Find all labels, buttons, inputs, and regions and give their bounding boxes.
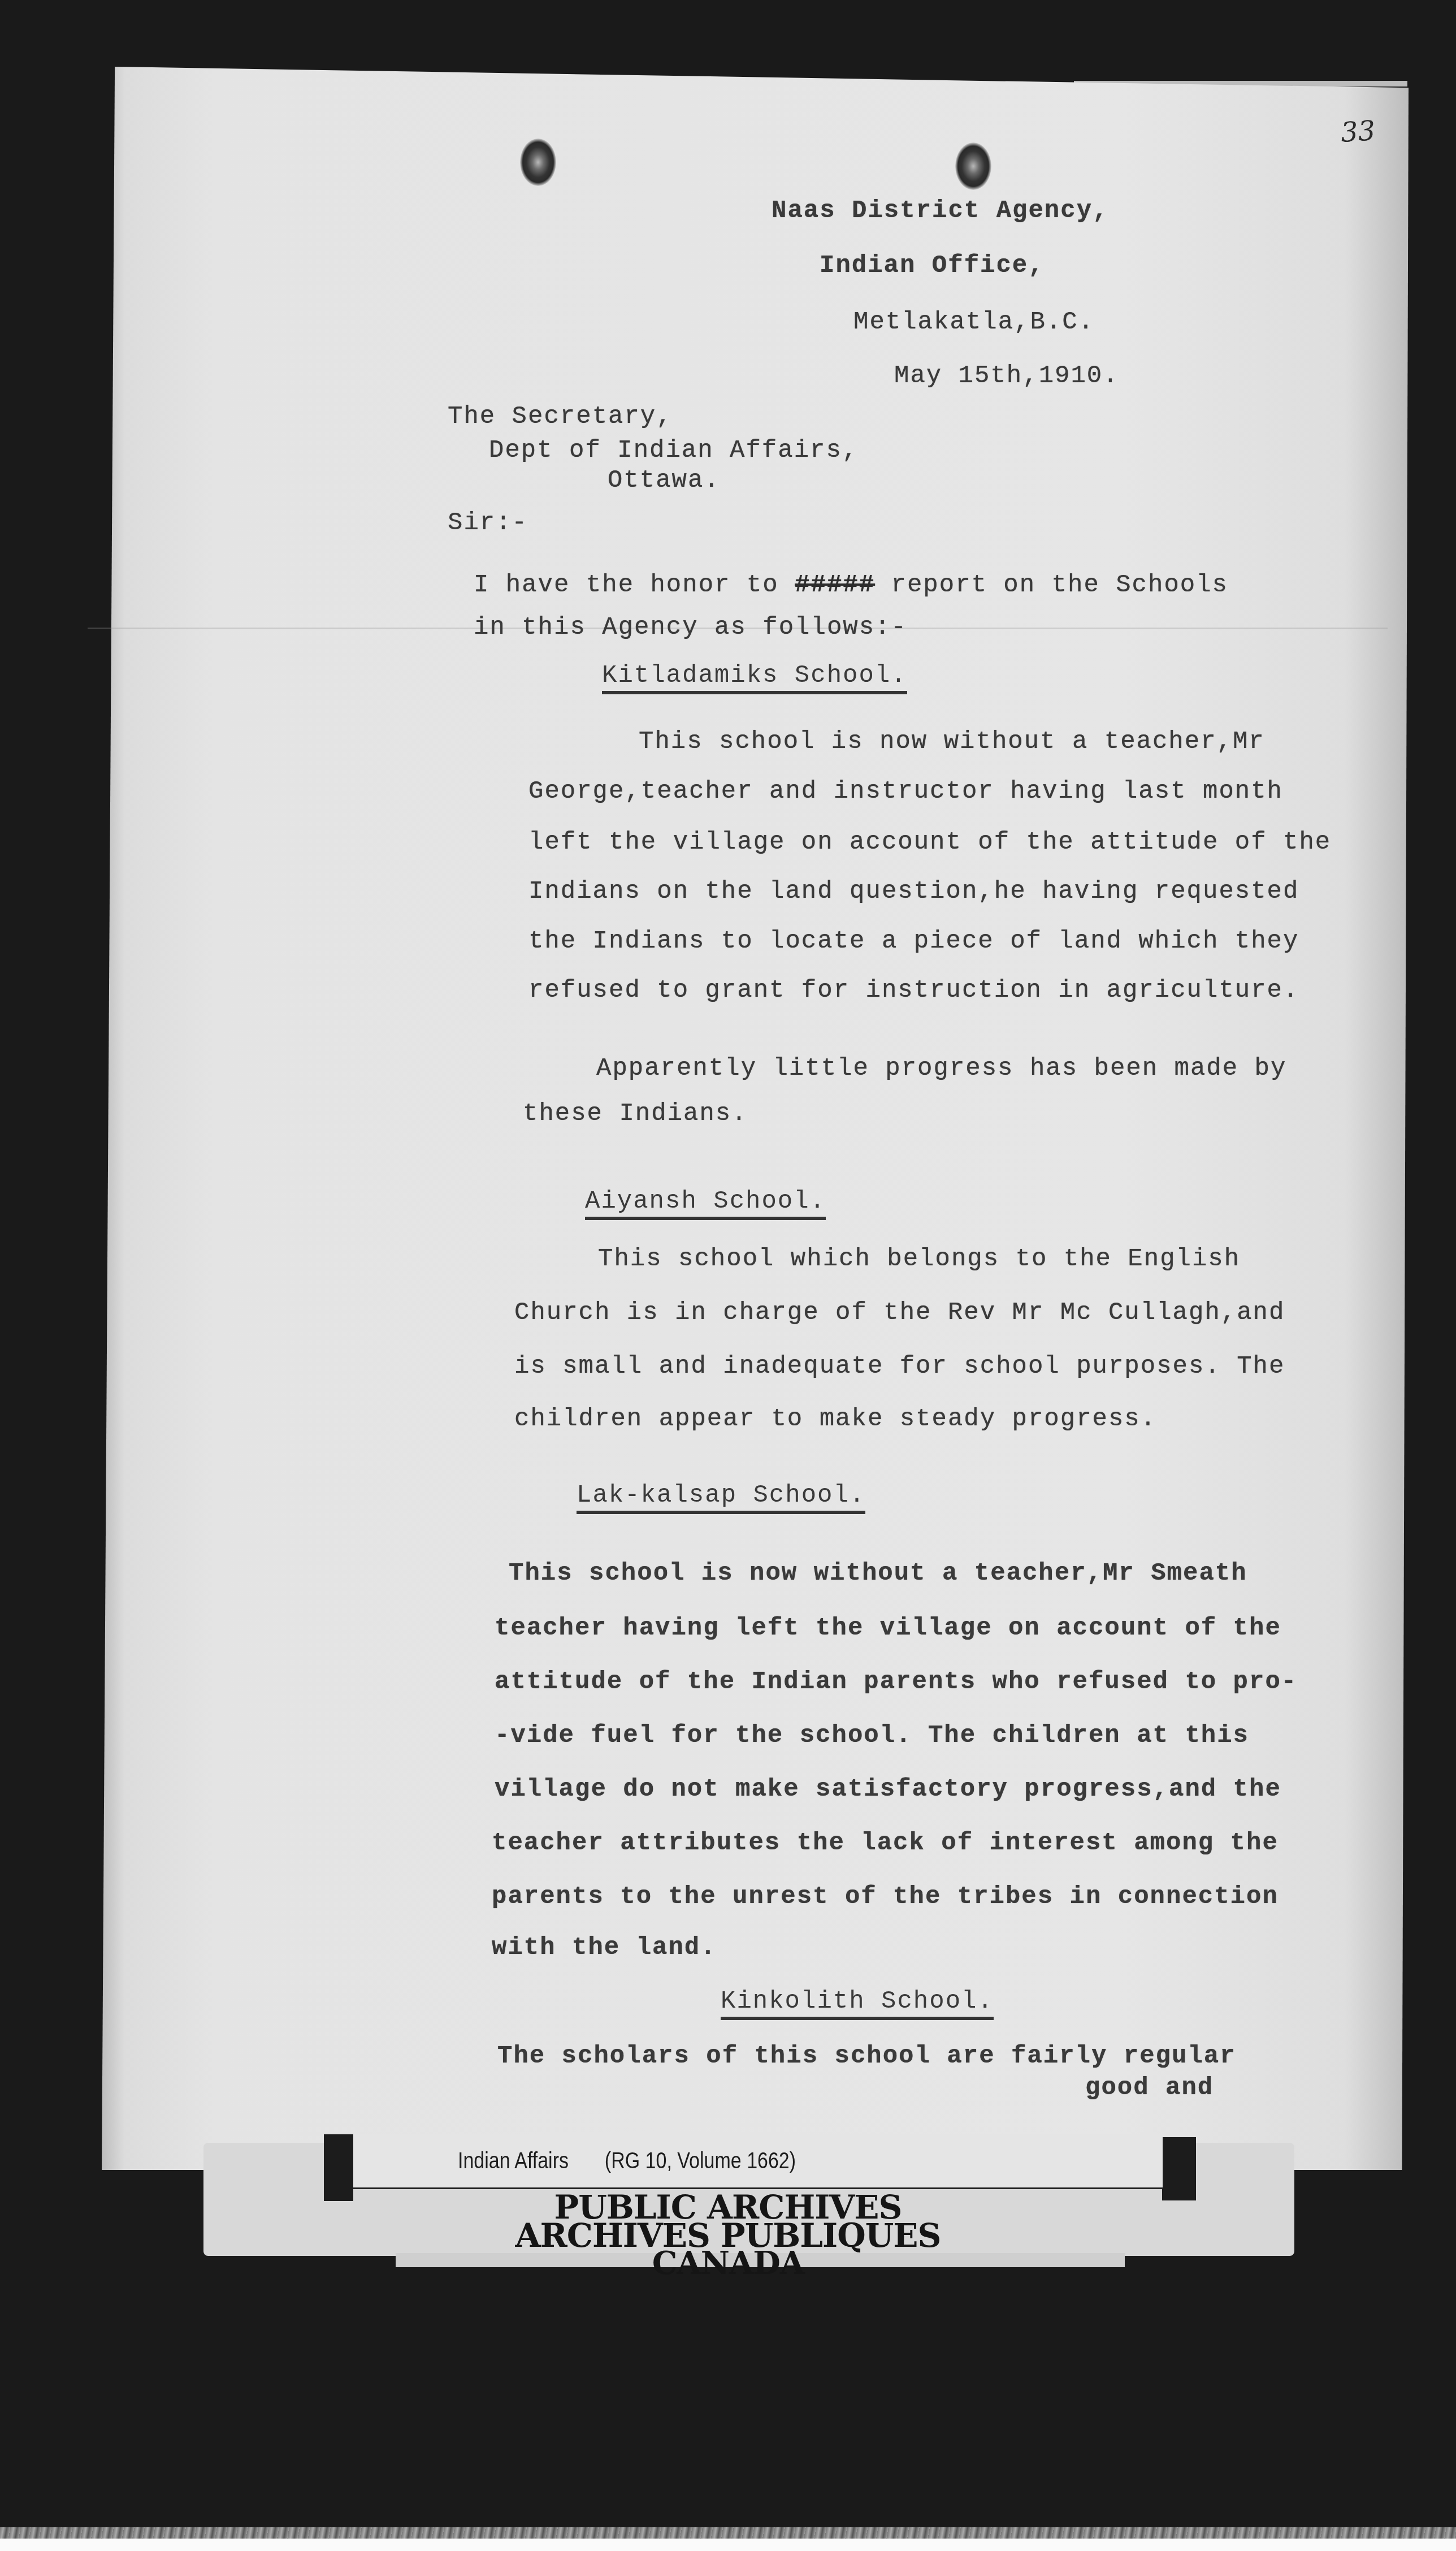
volume-reference: (RG 10, Volume 1662) [605,2148,796,2173]
body-line: Indians on the land question,he having r… [528,877,1299,906]
body-line: these Indians. [523,1100,748,1128]
fonds-name: Indian Affairs [458,2148,569,2173]
body-line: This school which belongs to the English [598,1245,1240,1273]
body-line: parents to the unrest of the tribes in c… [492,1883,1279,1911]
body-line: village do not make satisfactory progres… [495,1775,1281,1804]
body-line: Church is in charge of the Rev Mr Mc Cul… [514,1299,1285,1327]
intro-text-after: report on the Schools [891,571,1229,599]
archive-reference: Indian Affairs (RG 10, Volume 1662) [458,2148,796,2174]
section-heading-kinkolith: Kinkolith School. [721,1987,994,2020]
body-line: This school is now without a teacher,Mr … [509,1559,1247,1588]
letterhead-agency: Naas District Agency, [772,197,1109,225]
body-line: left the village on account of the attit… [528,828,1331,857]
body-line: The scholars of this school are fairly r… [497,2042,1236,2070]
body-line: teacher attributes the lack of interest … [492,1829,1279,1857]
salutation: Sir:- [448,509,528,537]
binder-hole-icon [520,139,556,186]
intro-text-before: I have the honor to [474,571,779,599]
addressee-line-2: Dept of Indian Affairs, [489,436,858,465]
addressee-line-1: The Secretary, [448,403,673,431]
body-line-cut-off: good and [1085,2074,1214,2102]
page-number: 33 [1340,115,1376,149]
film-margin [0,2539,1456,2551]
body-line: -vide fuel for the school. The children … [495,1722,1249,1750]
section-heading-aiyansh: Aiyansh School. [585,1187,826,1220]
letter-date: May 15th,1910. [894,362,1119,390]
body-line: Apparently little progress has been made… [596,1054,1286,1083]
body-line: teacher having left the village on accou… [495,1614,1281,1642]
body-line: George,teacher and instructor having las… [528,777,1283,806]
intro-line-2: in this Agency as follows:- [474,613,907,642]
body-line: the Indians to locate a piece of land wh… [528,927,1299,955]
body-line: This school is now without a teacher,Mr [639,728,1265,756]
body-line: children appear to make steady progress. [514,1405,1156,1433]
binder-hole-icon [955,142,991,190]
film-edge [0,2527,1456,2539]
body-line: attitude of the Indian parents who refus… [495,1668,1297,1696]
body-line: refused to grant for instruction in agri… [528,976,1299,1005]
letterhead-location: Metlakatla,B.C. [853,308,1094,336]
letterhead-office: Indian Office, [820,252,1045,280]
struck-out-word: ##### [795,571,875,599]
body-line: with the land. [492,1934,717,1962]
body-line: is small and inadequate for school purpo… [514,1352,1285,1381]
section-heading-lak-kalsap: Lak-kalsap School. [577,1481,865,1514]
section-heading-kitladamiks: Kitladamiks School. [602,661,907,694]
archive-country: CANADA [0,2245,1456,2282]
addressee-line-3: Ottawa. [608,466,720,495]
intro-line-1: I have the honor to ##### report on the … [474,571,1228,599]
